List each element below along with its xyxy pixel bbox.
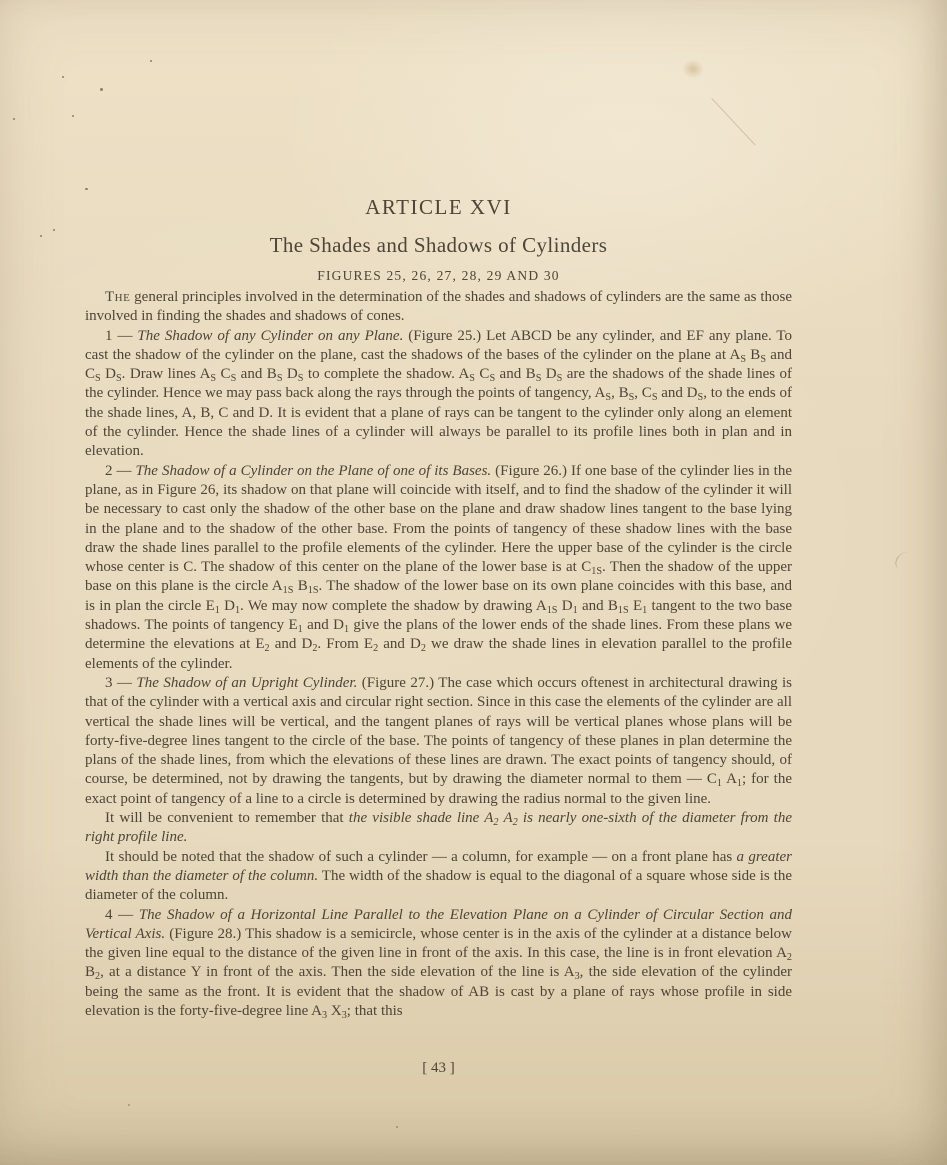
page-footer: [ 43 ] xyxy=(85,1060,792,1077)
paragraph: The general principles involved in the d… xyxy=(85,288,792,327)
paper-speck xyxy=(396,1126,398,1128)
paragraph: It will be convenient to remember that t… xyxy=(85,809,792,848)
pencil-mark xyxy=(894,550,914,572)
page-edge xyxy=(932,0,947,1165)
paper-speck xyxy=(72,115,74,117)
paragraph: It should be noted that the shadow of su… xyxy=(85,848,792,906)
page-number: [ 43 ] xyxy=(422,1060,455,1076)
book-page: ARTICLE XVI The Shades and Shadows of Cy… xyxy=(0,0,947,1165)
paragraph: 2 — The Shadow of a Cylinder on the Plan… xyxy=(85,462,792,674)
paper-speck xyxy=(62,76,64,78)
paragraph: 3 — The Shadow of an Upright Cylinder. (… xyxy=(85,674,792,809)
paper-speck xyxy=(128,1104,130,1106)
figures-caption: FIGURES 25, 26, 27, 28, 29 AND 30 xyxy=(85,268,792,283)
article-body: The general principles involved in the d… xyxy=(85,288,792,1021)
paragraph: 4 — The Shadow of a Horizontal Line Para… xyxy=(85,906,792,1022)
paper-speck xyxy=(40,235,42,237)
paragraph: 1 — The Shadow of any Cylinder on any Pl… xyxy=(85,327,792,462)
article-subtitle: The Shades and Shadows of Cylinders xyxy=(85,233,792,257)
paper-speck xyxy=(13,118,15,120)
page-content: ARTICLE XVI The Shades and Shadows of Cy… xyxy=(85,0,792,1021)
paper-speck xyxy=(53,229,55,231)
article-title: ARTICLE XVI xyxy=(85,196,792,218)
